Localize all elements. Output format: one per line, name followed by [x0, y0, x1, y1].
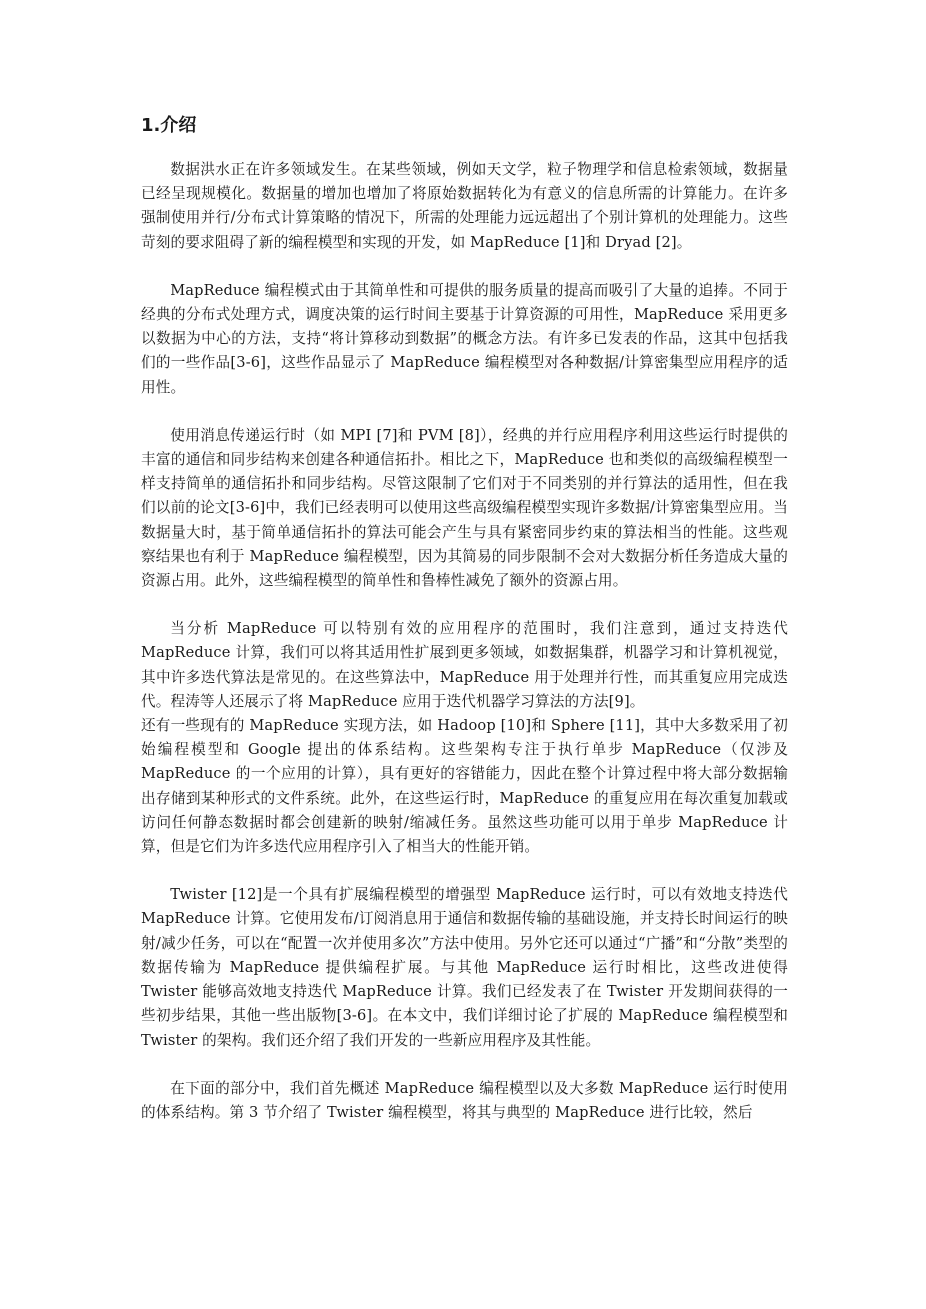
document-page: 1.介绍 数据洪水正在许多领域发生。在某些领域，例如天文学，粒子物理学和信息检索… — [141, 112, 788, 1149]
section-heading: 1.介绍 — [141, 112, 788, 140]
paragraph-data-deluge: 数据洪水正在许多领域发生。在某些领域，例如天文学，粒子物理学和信息检索领域，数据… — [141, 158, 788, 255]
paragraph-message-passing: 使用消息传递运行时（如 MPI [7]和 PVM [8]），经典的并行应用程序利… — [141, 424, 788, 593]
paragraph-mapreduce-popularity: MapReduce 编程模式由于其简单性和可提供的服务质量的提高而吸引了大量的追… — [141, 279, 788, 400]
paragraph-outline: 在下面的部分中，我们首先概述 MapReduce 编程模型以及大多数 MapRe… — [141, 1077, 788, 1125]
paragraph-iterative-mapreduce: 当分析 MapReduce 可以特别有效的应用程序的范围时，我们注意到，通过支持… — [141, 617, 788, 714]
paragraph-twister: Twister [12]是一个具有扩展编程模型的增强型 MapReduce 运行… — [141, 883, 788, 1052]
paragraph-existing-implementations: 还有一些现有的 MapReduce 实现方法，如 Hadoop [10]和 Sp… — [141, 714, 788, 859]
